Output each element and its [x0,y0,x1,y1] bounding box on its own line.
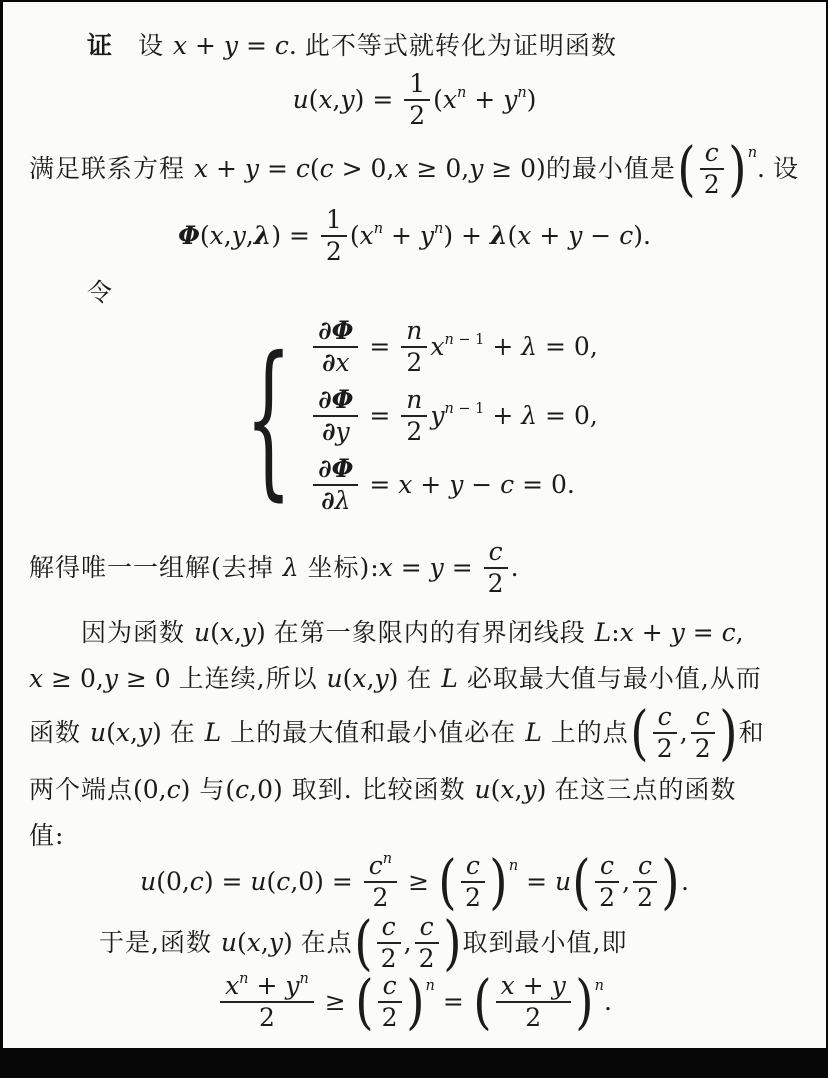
math-token: n [748,145,757,161]
math-token: x [352,664,366,693]
math-token: c [489,537,503,566]
math-token: c [658,702,672,731]
math-token: ) + [443,221,490,250]
math-token: y [269,928,283,957]
math-token: ( [309,85,319,114]
math-token: 2 [637,883,653,912]
math-token: c [383,971,397,1000]
math-token: λ [254,221,272,250]
math-token: , [234,618,242,647]
fraction-denominator: 2 [653,734,677,762]
math-token: ∂Φ [318,316,353,345]
math-token: ) [283,928,301,957]
fraction-denominator: 2 [404,101,430,129]
math-token: ≥ 0, [43,664,104,693]
fraction: n2 [401,317,427,376]
math-token: n [595,978,604,994]
math-token: ) [152,718,170,747]
fraction: c2 [633,852,657,911]
math-token: 1 [409,69,425,98]
math-token: . [511,553,519,582]
math-token: + [466,85,503,114]
math-token: 2 [382,1003,398,1032]
math-token: λ [335,486,351,515]
math-token: 值: [29,821,64,850]
fraction: c2 [700,139,724,198]
math-token: , [261,928,269,957]
math-token: 取到最小值,即 [463,928,628,957]
argument-line-4: 两个端点(0,c) 与(c,0) 取到. 比较函数 u(x,y) 在这三点的函数 [29,770,802,806]
math-token: ( [508,221,518,250]
math-token: n [444,401,453,417]
math-token: y [374,664,388,693]
fraction-numerator: n [401,386,427,417]
math-token: λ [521,401,537,430]
math-token: 与 [190,775,225,804]
math-token: x [335,348,349,377]
math-token: 满足联系方程 [29,154,194,183]
fraction-denominator: ∂λ [313,486,358,514]
math-token: + [634,618,671,647]
math-token: 2 [406,348,422,377]
math-token: u [250,867,266,896]
math-token: x [501,971,515,1000]
math-token: y [449,470,463,499]
math-token: + [412,470,449,499]
math-token: 在第一象限内的有界闭线段 [274,618,595,647]
math-token: c [500,470,514,499]
math-token: 两个端点 [29,775,133,804]
fraction-numerator: cn [364,852,397,883]
math-token: , [680,718,688,747]
fraction: c2 [595,852,619,911]
math-token: = [518,867,555,896]
math-token: ( [350,221,360,250]
fraction: c2 [415,913,439,972]
fraction: 12 [404,70,430,129]
math-token: c [320,154,334,183]
math-token: ∂Φ [318,385,353,414]
math-token: c [296,154,310,183]
math-token: − 1 [454,332,485,348]
fraction-denominator: 2 [484,569,508,597]
math-token: u [555,867,571,896]
math-token: y [503,85,517,114]
math-token: 因为函数 [81,618,194,647]
math-token: ∂Φ [318,454,353,483]
math-token: λ [521,332,537,361]
math-token: 和 [739,718,765,747]
math-token: = 0, [537,332,598,361]
superscript: n [748,145,757,161]
math-token: c [276,867,290,896]
math-token: = [393,553,430,582]
math-token: ( [491,775,501,804]
math-token: 的最小值是 [546,154,676,183]
math-token: = [685,618,722,647]
math-token: > 0, [334,154,395,183]
fraction: c2 [653,703,677,762]
fraction: c2 [484,538,508,597]
math-token: , [333,85,341,114]
math-token: y [242,618,256,647]
math-token: ) = [204,867,251,896]
math-token: 在 [406,664,441,693]
math-token: , [736,618,744,647]
math-token: ( [267,867,277,896]
math-token: ,0) [249,775,283,804]
fraction-denominator: 2 [496,1003,571,1031]
math-token: 2 [381,944,397,973]
fraction: cn2 [364,852,397,911]
math-token: ) [389,664,407,693]
math-token: y [138,718,152,747]
math-token: + [208,154,245,183]
proof-start-text: 设 x + y = c. 此不等式就转化为证明函数 [138,31,617,60]
math-token: x [173,31,187,60]
math-token: x [318,85,332,114]
argument-line-3: 函数 u(x,y) 在 L 上的最大值和最小值必在 L 上的点(c2,c2)和 [29,705,802,764]
math-token: c [167,775,181,804]
math-token: λ [490,221,508,250]
fraction: 12 [321,206,347,265]
math-token: c [619,221,633,250]
math-token: = [435,987,472,1016]
math-token: ) [537,775,555,804]
math-token: c [235,775,249,804]
fraction-denominator: 2 [633,883,657,911]
math-token: n [406,316,422,345]
fraction-denominator: 2 [377,944,401,972]
math-token: 2 [465,883,481,912]
fraction-numerator: ∂Φ [313,386,358,417]
math-token: , [622,867,630,896]
math-token: = [238,31,275,60]
math-token: = 0. [514,470,575,499]
math-token: 于是,函数 [99,928,221,957]
superscript: n − 1 [444,332,484,348]
math-token: u [293,85,309,114]
fraction-numerator: c [595,852,619,883]
fraction-denominator: 2 [321,237,347,265]
math-token: n [517,85,526,101]
math-token: x [360,221,374,250]
fraction: ∂Φ∂x [313,317,358,376]
fraction-denominator: 2 [461,883,485,911]
math-token: y [430,401,444,430]
math-token: 上的最大值和最小值必在 [221,718,525,747]
math-token: y [285,971,299,1000]
fraction: n2 [401,386,427,445]
fraction-denominator: 2 [401,417,427,445]
math-token: 此不等式就转化为证明函数 [305,31,617,60]
math-token: 2 [704,170,720,199]
math-token: x [394,154,408,183]
fraction-numerator: c [461,852,485,883]
math-token: x [517,221,531,250]
fraction-numerator: n [401,317,427,348]
math-token: 函数 [29,718,90,747]
math-token: 2 [409,101,425,130]
math-token: 在这三点的函数 [554,775,736,804]
math-token: u [90,718,106,747]
math-token: ) = [271,221,318,250]
math-token: 2 [525,1003,541,1032]
math-token: y [245,154,259,183]
math-token: 取到. 比较函数 [283,775,475,804]
math-token: n [239,971,248,987]
math-token: u [140,867,156,896]
math-token: L [441,664,458,693]
math-token: = [361,332,398,361]
equation-final-inequality: xn + yn2 ≥ (c2)n = (x + y2)n. [3,974,826,1033]
math-token: 必取最大值与最小值,从而 [458,664,762,693]
math-token: n [406,385,422,414]
system-row-dphi-dy: ∂Φ∂y = n2yn − 1 + λ = 0, [310,388,598,447]
math-token: n [457,85,466,101]
math-token: ≥ 0, [408,154,469,183]
math-token: c [600,851,614,880]
math-token: ,0) = [290,867,360,896]
fraction-denominator: 2 [700,170,724,198]
math-token: x [116,718,130,747]
math-token: x [430,332,444,361]
math-token: n [426,978,435,994]
paragraph-proof-start: 证设 x + y = c. 此不等式就转化为证明函数 [31,26,798,62]
math-token: 坐标) [299,553,371,582]
math-token: ( [210,618,220,647]
superscript: n [595,978,604,994]
fraction-denominator: 2 [401,348,427,376]
math-token: c [696,702,710,731]
fraction: c2 [377,913,401,972]
math-token: ≥ [400,867,437,896]
fraction-numerator: c [700,139,724,170]
fraction-numerator: c [377,913,401,944]
fraction-numerator: ∂Φ [313,317,358,348]
math-token: 2 [372,883,388,912]
fraction: c2 [691,703,715,762]
math-token: 2 [657,734,673,763]
math-token: ( [200,221,210,250]
math-token: y [671,618,685,647]
argument-line-2: x ≥ 0,y ≥ 0 上连续,所以 u(x,y) 在 L 必取最大值与最小值,… [29,659,802,695]
math-token: ≥ 0 [118,664,179,693]
math-token: ) [256,618,274,647]
math-token: − [463,470,500,499]
math-token: ≥ [317,987,354,1016]
math-token: L [525,718,542,747]
math-token: x [247,928,261,957]
math-token: n [434,221,443,237]
fraction-numerator: xn + yn [220,972,314,1003]
equation-u-definition: u(x,y) = 12(xn + yn) [3,72,826,131]
fraction-denominator: ∂x [313,348,358,376]
system-row-dphi-dx: ∂Φ∂x = n2xn − 1 + λ = 0, [310,319,598,378]
fraction-denominator: 2 [378,1003,402,1031]
math-token: = 0, [537,401,598,430]
math-token: x [398,470,412,499]
math-token: . [604,987,612,1016]
equation-compare-values: u(0,c) = u(c,0) = cn2 ≥ (c2)n = u(c2,c2)… [3,854,826,913]
math-token: y [224,31,238,60]
math-token: 2 [259,1003,275,1032]
fraction-numerator: 1 [321,206,347,237]
math-token: c [722,618,736,647]
fraction: ∂Φ∂λ [313,455,358,514]
math-token: . [681,867,689,896]
fraction: ∂Φ∂y [313,386,358,445]
fraction-denominator: ∂y [313,417,358,445]
math-token: 2 [406,417,422,446]
argument-line-1: 因为函数 u(x,y) 在第一象限内的有界闭线段 L:x + y = c, [29,613,802,649]
equation-phi-definition: Φ(x,y,λ) = 12(xn + yn) + λ(x + y − c). [3,208,826,267]
math-token: 上连续,所以 [179,664,327,693]
math-token: y [335,417,349,446]
math-token: , [130,718,138,747]
math-token: x [379,553,393,582]
math-token: 设 [138,31,173,60]
line-conclusion: 于是,函数 u(x,y) 在点(c2,c2)取到最小值,即 [99,915,826,974]
fraction-denominator: 2 [691,734,715,762]
paragraph-argument: 因为函数 u(x,y) 在第一象限内的有界闭线段 L:x + y = c, x … [29,613,802,852]
math-token: L [595,618,612,647]
superscript: n [426,978,435,994]
math-token: ) [527,85,537,114]
fraction-denominator: 2 [595,883,619,911]
math-token: y [430,553,444,582]
math-token: y [522,775,536,804]
math-token: − 1 [454,401,485,417]
math-token: x [620,618,634,647]
fraction-numerator: c [484,538,508,569]
math-token: ≥ 0) [483,154,546,183]
math-token: c [369,851,383,880]
math-token: n [374,221,383,237]
math-token: 在点 [301,928,353,957]
math-token: y [552,971,566,1000]
math-token: ( [106,718,116,747]
argument-line-5: 值: [29,816,802,852]
math-token: x [500,775,514,804]
math-token: c [420,912,434,941]
math-token: = [444,553,481,582]
math-token: : [370,553,378,582]
math-token: x [194,154,208,183]
fraction: x + y2 [496,972,571,1031]
fraction: xn + yn2 [220,972,314,1031]
math-token: c [275,31,289,60]
superscript: n [509,858,518,874]
math-token: x [225,971,239,1000]
fraction-numerator: ∂Φ [313,455,358,486]
superscript: n − 1 [444,401,484,417]
math-token: ∂ [322,348,335,377]
math-token: c [705,138,719,167]
math-token: λ [283,553,299,582]
math-token: 上的点 [542,718,629,747]
superscript: n [383,852,392,868]
math-token: x [443,85,457,114]
math-token: 设 [773,154,799,183]
math-token: ( [310,154,320,183]
math-token: , [404,928,412,957]
math-token: c [466,851,480,880]
math-token: − [582,221,619,250]
math-token: ( [225,775,235,804]
superscript: n [434,221,443,237]
math-token: n [383,851,392,867]
math-token: u [221,928,237,957]
scanned-textbook-page: 证设 x + y = c. 此不等式就转化为证明函数 u(x,y) = 12(x… [3,2,826,1048]
math-token: + [484,401,521,430]
math-token: + [187,31,224,60]
fraction: c2 [378,972,402,1031]
proof-label: 证 [87,31,114,60]
system-of-equations: { ∂Φ∂x = n2xn − 1 + λ = 0, ∂Φ∂y = n2yn −… [231,309,598,526]
math-token: ( [433,85,443,114]
math-token: 解得唯一一组解(去掉 [29,553,283,582]
math-token: 2 [599,883,615,912]
fraction-numerator: c [653,703,677,734]
math-token: = [361,401,398,430]
math-token: y [420,221,434,250]
math-token: x [210,221,224,250]
math-token: y [568,221,582,250]
superscript: n [517,85,526,101]
math-token: n [509,858,518,874]
fraction-denominator: 2 [220,1003,314,1031]
math-token: ( [237,928,247,957]
math-token: ). [633,221,651,250]
math-token: : [611,618,619,647]
math-token: (0, [133,775,167,804]
math-token: y [104,664,118,693]
math-token: y [232,221,246,250]
math-token: L [205,718,222,747]
fraction-numerator: c [633,852,657,883]
math-token: y [341,85,355,114]
system-row-dphi-dlambda: ∂Φ∂λ = x + y − c = 0. [310,457,598,516]
math-token: + [531,221,568,250]
math-token: ∂ [321,486,334,515]
fraction: c2 [461,852,485,911]
math-token: , [224,221,232,250]
math-token: x [220,618,234,647]
math-token: + [484,332,521,361]
math-token: + [383,221,420,250]
math-token: u [475,775,491,804]
math-token: . [757,154,773,183]
math-token: x [29,664,43,693]
superscript: n [239,972,248,988]
math-token: 2 [326,237,342,266]
fraction-numerator: c [415,913,439,944]
math-token: 1 [326,205,342,234]
math-token: (0, [156,867,190,896]
math-token: 2 [695,734,711,763]
line-let: 令 [87,273,826,309]
fraction-numerator: x + y [496,972,571,1003]
math-token: u [327,664,343,693]
line-constraint-condition: 满足联系方程 x + y = c(c > 0,x ≥ 0,y ≥ 0)的最小值是… [29,141,802,200]
fraction-numerator: c [691,703,715,734]
math-token: ) = [355,85,402,114]
math-token: c [190,867,204,896]
fraction-numerator: c [378,972,402,1003]
system-rows: ∂Φ∂x = n2xn − 1 + λ = 0, ∂Φ∂y = n2yn − 1… [310,309,598,526]
superscript: n [457,85,466,101]
